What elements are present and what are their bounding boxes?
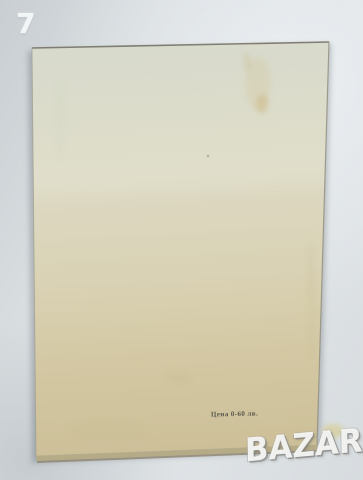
stain-top-right-streak bbox=[243, 53, 251, 71]
streak-right-side bbox=[307, 242, 315, 358]
book-illustration bbox=[0, 0, 363, 480]
price-text: Цена 0-60 лв. bbox=[211, 410, 258, 419]
speck-center bbox=[207, 155, 209, 157]
photo-index-label: 7 bbox=[16, 7, 35, 40]
stain-top-right-small bbox=[256, 94, 268, 114]
cover-tonal-band bbox=[33, 190, 325, 312]
smudge-bottom-left bbox=[68, 420, 148, 440]
streak-left-upper bbox=[55, 80, 65, 160]
smudge-center-low bbox=[165, 373, 191, 383]
photo-book-back-cover: 7 Цена 0-60 лв. BAZAR bbox=[0, 0, 363, 480]
